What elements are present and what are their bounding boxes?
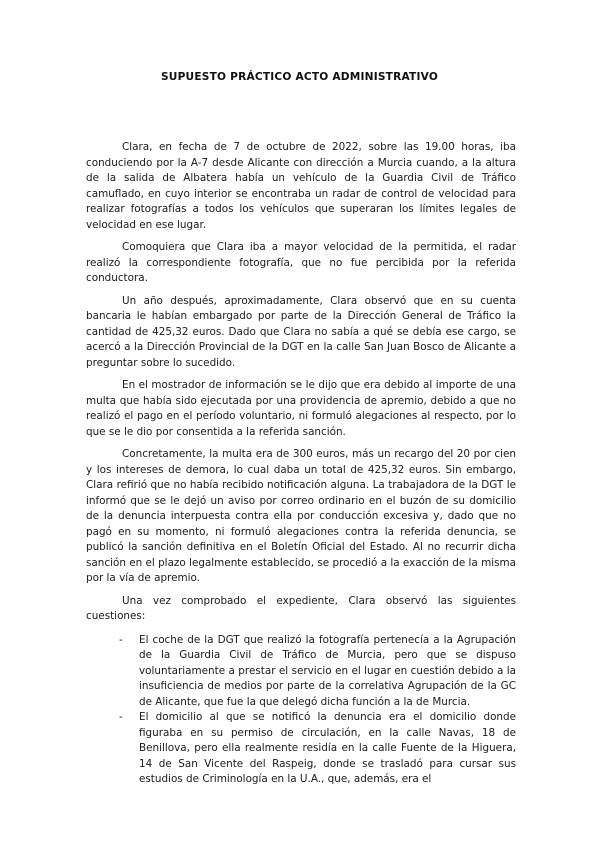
paragraph-6: Una vez comprobado el expediente, Clara … [86,594,516,625]
list-item: - El coche de la DGT que realizó la foto… [86,633,516,711]
paragraph-1: Clara, en fecha de 7 de octubre de 2022,… [86,140,516,233]
list-dash-marker: - [119,710,123,726]
list-dash-marker: - [119,633,123,649]
document-title: SUPUESTO PRÁCTICO ACTO ADMINISTRATIVO [0,71,599,83]
list-item-text: El coche de la DGT que realizó la fotogr… [139,634,516,708]
document-body: Clara, en fecha de 7 de octubre de 2022,… [86,140,516,788]
document-page: SUPUESTO PRÁCTICO ACTO ADMINISTRATIVO Cl… [0,0,599,848]
paragraph-2: Comoquiera que Clara iba a mayor velocid… [86,240,516,287]
issues-list: - El coche de la DGT que realizó la foto… [86,633,516,788]
paragraph-3: Un año después, aproximadamente, Clara o… [86,294,516,372]
list-item: - El domicilio al que se notificó la den… [86,710,516,788]
list-item-text: El domicilio al que se notificó la denun… [139,711,516,785]
paragraph-4: En el mostrador de información se le dij… [86,378,516,440]
paragraph-5: Concretamente, la multa era de 300 euros… [86,447,516,587]
